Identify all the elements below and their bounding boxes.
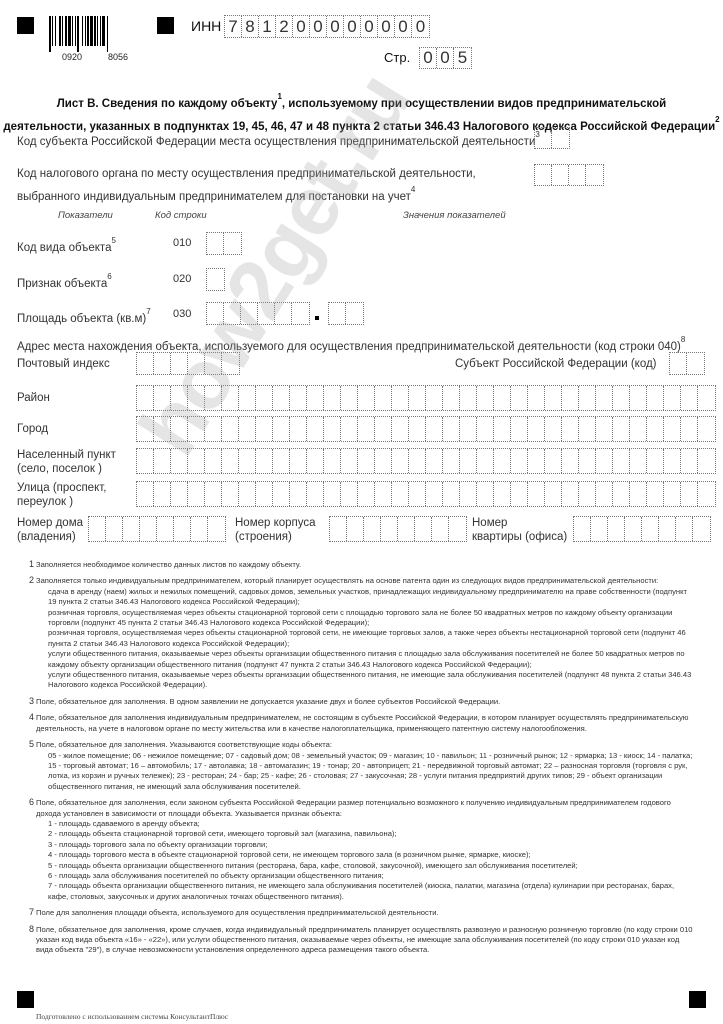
digit-cell[interactable] [241,303,258,324]
digit-cell[interactable] [290,449,307,473]
footnote-7: 7Поле для заполнения площади объекта, ис… [36,908,696,918]
footnote-line: 7 - площадь объекта организации обществе… [36,881,696,902]
digit-cell[interactable] [292,303,309,324]
digit-cell[interactable] [443,417,460,441]
digit-cell[interactable] [449,517,466,541]
digit-cell[interactable] [188,449,205,473]
sheet-title: Лист В. Сведения по каждому объекту1, ис… [0,89,723,135]
region-subject-code-field[interactable] [669,352,705,375]
barcode-number-2: 8056 [108,52,128,62]
digit-cell[interactable] [659,517,676,541]
digit-cell[interactable] [698,386,715,410]
digit-cell[interactable] [630,417,647,441]
digit-cell[interactable] [409,449,426,473]
digit-cell[interactable] [409,482,426,506]
digit-cell[interactable] [222,353,239,374]
digit-cell[interactable]: 0 [420,48,437,68]
digit-cell[interactable] [154,449,171,473]
digit-cell[interactable] [630,482,647,506]
digit-cell[interactable]: 0 [361,16,378,37]
digit-cell[interactable] [191,517,208,541]
digit-cell[interactable] [443,386,460,410]
corner-marker-bottom-left [17,991,34,1008]
street-label: Улица (проспект,переулок ) [17,481,106,509]
digit-cell[interactable] [511,417,528,441]
digit-cell[interactable] [477,449,494,473]
object-type-label: Код вида объекта5 [17,236,116,254]
digit-cell[interactable] [477,482,494,506]
footnote-line: Заполняется необходимое количество данны… [36,560,696,570]
building-number-field[interactable] [329,516,467,542]
digit-cell[interactable] [106,517,123,541]
digit-cell[interactable] [392,482,409,506]
digit-cell[interactable] [171,417,188,441]
digit-cell[interactable] [613,449,630,473]
column-header-values: Значения показателей [403,210,506,221]
digit-cell[interactable] [477,417,494,441]
postal-index-field[interactable] [136,352,240,375]
digit-cell[interactable] [596,386,613,410]
city-label: Город [17,422,48,436]
region-code-label: Код субъекта Российской Федерации места … [17,130,540,148]
inn-field[interactable]: 781200000000 [224,15,430,38]
footnote-number: 5 [29,739,34,749]
corner-marker-top-left [17,17,34,34]
footnote-number: 8 [29,924,34,934]
digit-cell[interactable] [140,517,157,541]
footnote-8: 8Поле, обязательное для заполнения, кром… [36,925,696,956]
digit-cell[interactable] [324,417,341,441]
footnote-line: 3 - площадь торгового зала по объекту ор… [36,840,696,850]
digit-cell[interactable]: 0 [395,16,412,37]
object-type-field[interactable] [206,232,242,255]
digit-cell[interactable] [273,386,290,410]
digit-cell[interactable] [258,303,275,324]
digit-cell[interactable]: 0 [378,16,395,37]
digit-cell[interactable] [664,482,681,506]
digit-cell[interactable]: 0 [412,16,429,37]
digit-cell[interactable] [375,417,392,441]
digit-cell[interactable] [569,165,586,185]
digit-cell[interactable] [681,482,698,506]
footnote-line: розничная торговля, осуществляемая через… [36,628,696,649]
digit-cell[interactable] [528,482,545,506]
digit-cell[interactable] [375,386,392,410]
digit-cell[interactable] [596,449,613,473]
digit-cell[interactable] [358,386,375,410]
column-header-line-code: Код строки [155,210,207,221]
footnote-number: 6 [29,797,34,807]
digit-cell[interactable] [562,386,579,410]
inn-label: ИНН [191,18,221,34]
digit-cell[interactable] [307,449,324,473]
footnote-line: 05 - жилое помещение; 06 - нежилое помещ… [36,751,696,793]
digit-cell[interactable] [579,386,596,410]
digit-cell[interactable] [324,386,341,410]
digit-cell[interactable] [552,165,569,185]
footnote-line: розничная торговля, осуществляемая через… [36,608,696,629]
digit-cell[interactable] [545,449,562,473]
digit-cell[interactable] [205,482,222,506]
digit-cell[interactable] [205,449,222,473]
footnote-1: 1Заполняется необходимое количество данн… [36,560,696,570]
digit-cell[interactable] [205,417,222,441]
digit-cell[interactable] [256,417,273,441]
digit-cell[interactable] [477,386,494,410]
digit-cell[interactable] [154,353,171,374]
digit-cell[interactable] [239,417,256,441]
digit-cell[interactable] [188,386,205,410]
street-field[interactable] [136,481,716,507]
digit-cell[interactable] [364,517,381,541]
digit-cell[interactable] [392,417,409,441]
digit-cell[interactable] [174,517,191,541]
digit-cell[interactable] [591,517,608,541]
digit-cell[interactable] [341,449,358,473]
object-attribute-label: Признак объекта6 [17,272,112,290]
digit-cell[interactable] [443,482,460,506]
digit-cell[interactable] [562,449,579,473]
digit-cell[interactable] [647,449,664,473]
digit-cell[interactable] [535,128,552,148]
digit-cell[interactable] [647,417,664,441]
digit-cell[interactable] [511,482,528,506]
object-attribute-field[interactable] [206,268,225,291]
digit-cell[interactable]: 0 [310,16,327,37]
digit-cell[interactable] [586,165,603,185]
digit-cell[interactable] [676,517,693,541]
digit-cell[interactable]: 0 [344,16,361,37]
digit-cell[interactable] [693,517,710,541]
digit-cell[interactable] [460,417,477,441]
digit-cell[interactable] [381,517,398,541]
region-subject-label: Субъект Российской Федерации (код) [455,358,657,370]
digit-cell[interactable] [329,303,346,324]
digit-cell[interactable] [137,482,154,506]
digit-cell[interactable] [157,517,174,541]
footnote-3: 3Поле, обязательное для заполнения. В од… [36,697,696,707]
digit-cell[interactable] [698,417,715,441]
digit-cell[interactable] [137,386,154,410]
footnote-number: 1 [29,559,34,569]
digit-cell[interactable] [409,417,426,441]
digit-cell[interactable] [426,482,443,506]
object-area-line-code: 030 [173,308,191,320]
footnote-line: услуги общественного питания, оказываемы… [36,670,696,691]
digit-cell[interactable] [256,386,273,410]
digit-cell[interactable] [579,417,596,441]
digit-cell[interactable] [346,303,363,324]
object-area-label: Площадь объекта (кв.м)7 [17,307,151,325]
digit-cell[interactable] [224,233,241,254]
barcode-numbers: 0920 8056 [49,52,141,62]
digit-cell[interactable]: 1 [259,16,276,37]
digit-cell[interactable]: 2 [276,16,293,37]
footnote-number: 4 [29,712,34,722]
digit-cell[interactable] [545,386,562,410]
digit-cell[interactable] [222,386,239,410]
digit-cell[interactable] [375,482,392,506]
digit-cell[interactable]: 0 [327,16,344,37]
footnote-number: 2 [29,575,34,585]
digit-cell[interactable] [207,269,224,290]
digit-cell[interactable] [562,417,579,441]
digit-cell[interactable] [562,482,579,506]
footnote-line: Поле для заполнения площади объекта, исп… [36,908,696,918]
digit-cell[interactable] [375,449,392,473]
digit-cell[interactable] [273,449,290,473]
digit-cell[interactable] [222,417,239,441]
digit-cell[interactable] [460,449,477,473]
digit-cell[interactable] [647,386,664,410]
digit-cell[interactable] [208,517,225,541]
digit-cell[interactable] [494,449,511,473]
digit-cell[interactable] [664,386,681,410]
footnote-line: Поле, обязательное для заполнения, кроме… [36,925,696,956]
digit-cell[interactable] [154,417,171,441]
digit-cell[interactable] [552,128,569,148]
digit-cell[interactable] [426,449,443,473]
digit-cell[interactable] [358,482,375,506]
digit-cell[interactable] [432,517,449,541]
tax-office-code-field[interactable] [534,164,604,186]
digit-cell[interactable] [596,417,613,441]
digit-cell[interactable] [358,417,375,441]
decimal-point [315,316,319,320]
digit-cell[interactable] [647,482,664,506]
footnotes: 1Заполняется необходимое количество данн… [36,560,696,962]
digit-cell[interactable] [426,417,443,441]
footnote-line: сдача в аренду (наем) жилых и нежилых по… [36,587,696,608]
footnote-line: Поле, обязательное для заполнения, если … [36,798,696,819]
digit-cell[interactable] [290,386,307,410]
footnote-number: 3 [29,696,34,706]
house-number-field[interactable] [88,516,226,542]
digit-cell[interactable] [171,482,188,506]
digit-cell[interactable] [664,417,681,441]
digit-cell[interactable]: 8 [242,16,259,37]
address-heading: Адрес места нахождения объекта, использу… [17,335,685,353]
footnote-5: 5Поле, обязательное для заполнения. Указ… [36,740,696,792]
digit-cell[interactable] [681,386,698,410]
house-number-label: Номер дома (владения) [17,516,83,544]
footer-note: Подготовлено с использованием системы Ко… [36,1012,228,1021]
corner-marker-bottom-right [689,991,706,1008]
footnote-line: 5 - площадь объекта организации обществе… [36,861,696,871]
digit-cell[interactable] [273,417,290,441]
footnote-line: 2 - площадь объекта стационарной торгово… [36,829,696,839]
digit-cell[interactable] [330,517,347,541]
digit-cell[interactable] [608,517,625,541]
digit-cell[interactable] [415,517,432,541]
digit-cell[interactable] [409,386,426,410]
digit-cell[interactable] [574,517,591,541]
corner-marker-top-mid [157,17,174,34]
digit-cell[interactable] [358,449,375,473]
apartment-number-field[interactable] [573,516,711,542]
digit-cell[interactable] [596,482,613,506]
digit-cell[interactable] [511,449,528,473]
digit-cell[interactable] [290,417,307,441]
digit-cell[interactable] [698,449,715,473]
footnote-2: 2Заполняется только индивидуальным предп… [36,576,696,690]
digit-cell[interactable] [613,417,630,441]
footnote-line: Поле, обязательное для заполнения индиви… [36,713,696,734]
footnote-line: 6 - площадь зала обслуживания посетителе… [36,871,696,881]
settlement-label: Населенный пункт(село, поселок ) [17,448,116,476]
digit-cell[interactable]: 0 [437,48,454,68]
digit-cell[interactable] [205,386,222,410]
digit-cell[interactable] [171,353,188,374]
digit-cell[interactable] [392,449,409,473]
building-number-label: Номер корпуса (строения) [235,516,316,544]
page-label: Стр. [384,50,410,65]
footnote-line: 4 - площадь торгового места в объекте ст… [36,850,696,860]
digit-cell[interactable] [341,417,358,441]
digit-cell[interactable] [205,353,222,374]
digit-cell[interactable] [511,386,528,410]
region-code-field[interactable] [534,127,570,149]
digit-cell[interactable] [630,386,647,410]
digit-cell[interactable] [171,386,188,410]
digit-cell[interactable] [154,386,171,410]
digit-cell[interactable] [670,353,687,374]
footnote-line: Поле, обязательное для заполнения. В одн… [36,697,696,707]
digit-cell[interactable]: 5 [454,48,471,68]
digit-cell[interactable] [207,303,224,324]
digit-cell[interactable] [642,517,659,541]
digit-cell[interactable] [239,386,256,410]
digit-cell[interactable] [494,386,511,410]
footnote-line: 1 - площадь сдаваемого в аренду объекта; [36,819,696,829]
footnote-number: 7 [29,907,34,917]
digit-cell[interactable] [579,449,596,473]
digit-cell[interactable] [290,482,307,506]
object-type-line-code: 010 [173,237,191,249]
digit-cell[interactable] [341,482,358,506]
digit-cell[interactable] [664,449,681,473]
digit-cell[interactable]: 7 [225,16,242,37]
footnote-line: Заполняется только индивидуальным предпр… [36,576,696,586]
digit-cell[interactable] [273,482,290,506]
digit-cell[interactable] [275,303,292,324]
digit-cell[interactable] [528,386,545,410]
digit-cell[interactable] [307,417,324,441]
digit-cell[interactable] [123,517,140,541]
digit-cell[interactable] [613,386,630,410]
digit-cell[interactable] [256,482,273,506]
footnote-line: Поле, обязательное для заполнения. Указы… [36,740,696,750]
postal-index-label: Почтовый индекс [17,358,110,370]
barcode-number-1: 0920 [62,52,82,62]
column-header-indicators: Показатели [58,210,113,221]
digit-cell[interactable] [137,353,154,374]
object-area-fraction-field[interactable] [328,302,364,325]
digit-cell[interactable] [625,517,642,541]
city-field[interactable] [136,416,716,442]
digit-cell[interactable] [426,386,443,410]
barcode: 0920 8056 [49,16,141,60]
digit-cell[interactable]: 0 [293,16,310,37]
digit-cell[interactable] [347,517,364,541]
object-area-integer-field[interactable] [206,302,310,325]
apartment-number-label: Номер квартиры (офиса) [472,516,567,544]
sheet-title-line-1: Лист В. Сведения по каждому объекту1, ис… [0,89,723,112]
footnote-6: 6Поле, обязательное для заполнения, если… [36,798,696,902]
digit-cell[interactable] [494,417,511,441]
barcode-bars [49,16,141,50]
digit-cell[interactable] [681,449,698,473]
digit-cell[interactable] [698,482,715,506]
digit-cell[interactable] [222,482,239,506]
digit-cell[interactable] [630,449,647,473]
digit-cell[interactable] [460,386,477,410]
digit-cell[interactable] [494,482,511,506]
digit-cell[interactable] [341,386,358,410]
digit-cell[interactable] [188,353,205,374]
digit-cell[interactable] [307,386,324,410]
digit-cell[interactable] [188,482,205,506]
object-attribute-line-code: 020 [173,273,191,285]
digit-cell[interactable] [535,165,552,185]
digit-cell[interactable] [256,449,273,473]
digit-cell[interactable] [528,417,545,441]
footnote-4: 4Поле, обязательное для заполнения индив… [36,713,696,734]
digit-cell[interactable] [545,417,562,441]
footnote-line: услуги общественного питания, оказываемы… [36,649,696,670]
digit-cell[interactable] [239,449,256,473]
digit-cell[interactable] [188,417,205,441]
settlement-field[interactable] [136,448,716,474]
digit-cell[interactable] [239,482,256,506]
digit-cell[interactable] [324,449,341,473]
tax-office-code-label: Код налогового органа по месту осуществл… [17,166,476,205]
digit-cell[interactable] [307,482,324,506]
district-field[interactable] [136,385,716,411]
digit-cell[interactable] [171,449,188,473]
digit-cell[interactable] [398,517,415,541]
digit-cell[interactable] [392,386,409,410]
digit-cell[interactable] [154,482,171,506]
digit-cell[interactable] [528,449,545,473]
digit-cell[interactable] [222,449,239,473]
digit-cell[interactable] [137,449,154,473]
digit-cell[interactable] [224,303,241,324]
digit-cell[interactable] [460,482,477,506]
digit-cell[interactable] [137,417,154,441]
digit-cell[interactable] [687,353,704,374]
digit-cell[interactable] [681,417,698,441]
digit-cell[interactable] [613,482,630,506]
digit-cell[interactable] [89,517,106,541]
page-number-field[interactable]: 005 [419,47,472,69]
district-label: Район [17,391,50,405]
digit-cell[interactable] [324,482,341,506]
digit-cell[interactable] [443,449,460,473]
digit-cell[interactable] [545,482,562,506]
digit-cell[interactable] [579,482,596,506]
digit-cell[interactable] [207,233,224,254]
